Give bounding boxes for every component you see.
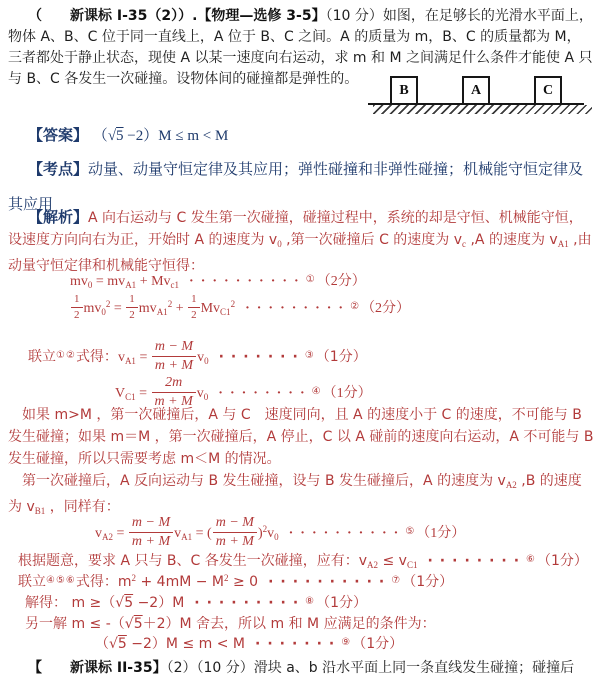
eq1-subc1: c1 — [171, 280, 180, 290]
frac-den: 2 — [126, 308, 138, 321]
radical-sign: √ — [108, 128, 116, 144]
half-fraction-3: 12 — [188, 294, 200, 321]
line10-dots: ······· — [255, 636, 341, 652]
eq3-number: ③ — [305, 350, 314, 361]
frac-num: 1 — [71, 294, 83, 308]
exam-solution-page: （ 新课标 I-35（2））.【物理—选修 3-5】（10 分）如图，在足够长的… — [0, 0, 600, 679]
footer-reference: 【 新课标 II-35】 — [28, 660, 167, 676]
equation-3-vA1: 联立①②式得：vA1 = m − Mm + Mv0·······③（1分） — [28, 340, 367, 373]
frac-num: 2m — [152, 376, 196, 393]
condition-line: 根据题意，要求 A 只与 B、C 各发生一次碰撞，应有：vA2 ≤ vC1···… — [18, 550, 588, 570]
eq1-subA1: A1 — [125, 280, 136, 290]
eq2-sq3: 2 — [231, 299, 236, 309]
eq5-eq2: = ( — [192, 526, 212, 541]
line8-dots: ········· — [194, 595, 305, 611]
eq4-V: V — [115, 386, 125, 401]
eq2-mvA1: mv — [139, 301, 157, 316]
eq4-number: ④ — [312, 386, 321, 397]
eq3-dots: ······· — [219, 349, 305, 365]
eq5-eq1: = — [113, 526, 128, 541]
eq1-dots: ·········· — [189, 274, 306, 289]
half-fraction-2: 12 — [126, 294, 138, 321]
eq4-sub0: 0 — [204, 392, 209, 402]
eq5-score: （1分） — [416, 526, 465, 541]
line6-leq: ≤ v — [378, 553, 407, 569]
eq1-score: （2分） — [317, 274, 366, 289]
block-a: A — [462, 76, 490, 105]
radical-sign: √ — [115, 595, 124, 611]
line7-score: （1分） — [402, 574, 453, 590]
physics-diagram: B A C — [368, 76, 592, 116]
answer-tag: 【答案】 — [28, 126, 88, 144]
block-c: C — [534, 76, 562, 105]
eq2-plus: + — [172, 301, 187, 316]
answer-formula: （√5 −2）M ≤ m < M — [93, 128, 229, 144]
line6-dots: ········ — [427, 553, 526, 569]
line6-subA2: A2 — [367, 560, 378, 570]
eq5-dots: ·········· — [289, 526, 406, 541]
block-b-label: B — [399, 83, 408, 99]
radicand: 5 — [118, 636, 127, 652]
half-fraction-1: 12 — [71, 294, 83, 321]
frac-num: 1 — [126, 294, 138, 308]
ground-hatching — [373, 105, 592, 114]
eq2-MvC1: Mv — [201, 301, 220, 316]
frac-den: m + M — [152, 357, 196, 373]
frac-num: m − M — [152, 340, 196, 357]
footer-text: （2）（10 分）滑块 a、b 沿水平面上同一条直线发生碰撞；碰撞后 — [167, 660, 575, 676]
answer-line: 【答案】 （√5 −2）M ≤ m < M — [28, 124, 228, 145]
jiexi-text: A 向右运动与 C 发生第一次碰撞，碰撞过程中，系统的却是守恒、机械能守恒，设速… — [8, 210, 592, 274]
kaodian-tag: 【考点】 — [28, 160, 88, 178]
line9-text: 另一解 m ≤ -（ — [25, 616, 125, 632]
solution-line: 解得： m ≥（√5 −2）M·········⑧（1分） — [25, 592, 367, 612]
eq5-number: ⑤ — [405, 526, 414, 537]
line7-lianli: 联立 — [18, 574, 46, 590]
line8-rest: −2）M — [133, 595, 184, 611]
next-problem-line: 【 新课标 II-35】（2）（10 分）滑块 a、b 沿水平面上同一条直线发生… — [8, 658, 594, 679]
block-b: B — [390, 76, 418, 105]
jiexi-t3: ,A 的速度为 v — [466, 232, 558, 248]
line10-open: （ — [95, 636, 109, 652]
sub-vB1: B1 — [35, 506, 46, 516]
eq3-score: （1分） — [316, 349, 367, 365]
eq2-mv: mv — [84, 301, 102, 316]
eq1-mv: mv — [70, 274, 88, 289]
line6-subC1: C1 — [407, 560, 418, 570]
eq2-eq: = — [110, 301, 125, 316]
line8-number: ⑧ — [305, 596, 314, 607]
eq2-subA1: A1 — [157, 307, 168, 317]
frac-num: m − M — [129, 516, 173, 533]
eq2-number: ② — [350, 301, 359, 312]
frac-den: 2 — [188, 308, 200, 321]
sqrt-5: √5 — [108, 128, 124, 144]
sub-va1: A1 — [558, 239, 569, 249]
eq5-fraction-1: m − Mm + M — [129, 516, 173, 549]
eq3-sub0: 0 — [204, 356, 209, 366]
line7-dots: ·········· — [268, 574, 391, 590]
final-condition-line: （√5 −2）M ≤ m < M·······⑨（1分） — [95, 633, 403, 653]
line8-score: （1分） — [316, 595, 367, 611]
eq1-plus: + Mv — [136, 274, 170, 289]
line10-number: ⑨ — [341, 637, 350, 648]
eq5-subA1: A1 — [181, 532, 192, 542]
eq2-dots: ········· — [245, 301, 350, 316]
frac-num: m − M — [213, 516, 257, 533]
jiexi-tag: 【解析】 — [28, 208, 88, 226]
line7-mid: + 4mM − M — [136, 574, 224, 590]
block-c-label: C — [543, 83, 553, 99]
eq2-score: （2分） — [361, 301, 410, 316]
line6-text: 根据题意，要求 A 只与 B、C 各发生一次碰撞，应有：v — [18, 553, 367, 569]
eq5-subA2: A2 — [102, 532, 113, 542]
eq5-sub0: 0 — [274, 532, 279, 542]
frac-den: m + M — [129, 533, 173, 549]
sub-vA2: A2 — [506, 480, 517, 490]
quadratic-line: 联立④⑤⑥式得：m2 + 4mM − M2 ≥ 0··········⑦（1分） — [18, 571, 453, 591]
eq1-eq: = mv — [92, 274, 125, 289]
eq3-formula: vA1 = m − Mm + Mv0 — [118, 350, 209, 365]
eq3-label-post: 式得： — [76, 349, 118, 365]
answer-open-paren: （ — [93, 128, 108, 144]
eq3-eq: = — [136, 350, 151, 365]
sqrt-5: √5 — [125, 616, 143, 632]
eq3-fraction: m − Mm + M — [152, 340, 196, 373]
equation-2-energy: 12mv02 = 12mvA12 + 12MvC12·········②（2分） — [70, 294, 410, 321]
block-a-label: A — [471, 83, 481, 99]
line7-geq0: ≥ 0 — [229, 574, 259, 590]
eq3-label-pre: 联立 — [28, 349, 56, 365]
line8-text: 解得： m ≥（ — [25, 595, 115, 611]
line10-score: （1分） — [352, 636, 403, 652]
jiexi-t2: ,第一次碰撞后 C 的速度为 v — [282, 232, 462, 248]
line7-nums: ④⑤⑥ — [46, 575, 76, 586]
second-collision-paragraph: 第一次碰撞后，A 反向运动与 B 发生碰撞，设与 B 发生碰撞后，A 的速度为 … — [8, 470, 594, 522]
eq4-eq: = — [136, 386, 151, 401]
equation-5-vA2: vA2 = m − Mm + MvA1 = (m − Mm + M)2v0···… — [95, 516, 465, 549]
eq3-v: v — [118, 350, 125, 365]
eq1-number: ① — [306, 274, 315, 285]
eq2-subC1: C1 — [220, 307, 231, 317]
para2-t3: ，同样有： — [45, 499, 119, 515]
line9-rest: ＋2）M 舍去，所以 m 和 M 应满足的条件为： — [143, 616, 436, 632]
analysis-intro: 【解析】A 向右运动与 C 发生第一次碰撞，碰撞过程中，系统的却是守恒、机械能守… — [8, 206, 594, 277]
discard-root-line: 另一解 m ≤ -（√5＋2）M 舍去，所以 m 和 M 应满足的条件为： — [25, 613, 436, 633]
radical-sign: √ — [125, 616, 134, 632]
frac-den: 2 — [71, 308, 83, 321]
radicand: 5 — [116, 128, 124, 144]
line7-m: 式得：m — [76, 574, 132, 590]
eq4-v0: v — [197, 386, 204, 401]
answer-inequality: −2）M ≤ m < M — [124, 128, 229, 144]
frac-den: m + M — [213, 533, 257, 549]
eq3-subA1: A1 — [125, 356, 136, 366]
eq4-dots: ········ — [218, 386, 311, 401]
sqrt-5: √5 — [109, 636, 127, 652]
case-discussion-text: 如果 m>M ，第一次碰撞后，A 与 C 速度同向，且 A 的速度小于 C 的速… — [8, 407, 593, 467]
equation-1-momentum: mv0 = mvA1 + Mvc1··········①（2分） — [70, 270, 366, 290]
radicand: 5 — [134, 616, 143, 632]
eq4-subC1: C1 — [125, 392, 136, 402]
problem-reference: （ 新课标 I-35（2））.【物理—选修 3-5】 — [28, 8, 326, 24]
line6-score: （1分） — [537, 553, 588, 569]
radicand: 5 — [124, 595, 133, 611]
eq5-v: v — [95, 526, 102, 541]
eq5-fraction-2: m − Mm + M — [213, 516, 257, 549]
eq4-score: （1分） — [323, 386, 372, 401]
radical-sign: √ — [109, 636, 118, 652]
sqrt-5: √5 — [115, 595, 133, 611]
line6-number: ⑥ — [526, 554, 535, 565]
case-discussion-paragraph: 如果 m>M ，第一次碰撞后，A 与 C 速度同向，且 A 的速度小于 C 的速… — [8, 404, 594, 470]
eq3-label-nums: ①② — [56, 350, 76, 361]
line10-inequality: −2）M ≤ m < M — [127, 636, 245, 652]
line7-number: ⑦ — [391, 575, 400, 586]
para2-t1: 第一次碰撞后，A 反向运动与 B 发生碰撞，设与 B 发生碰撞后，A 的速度为 … — [22, 473, 506, 489]
frac-num: 1 — [188, 294, 200, 308]
